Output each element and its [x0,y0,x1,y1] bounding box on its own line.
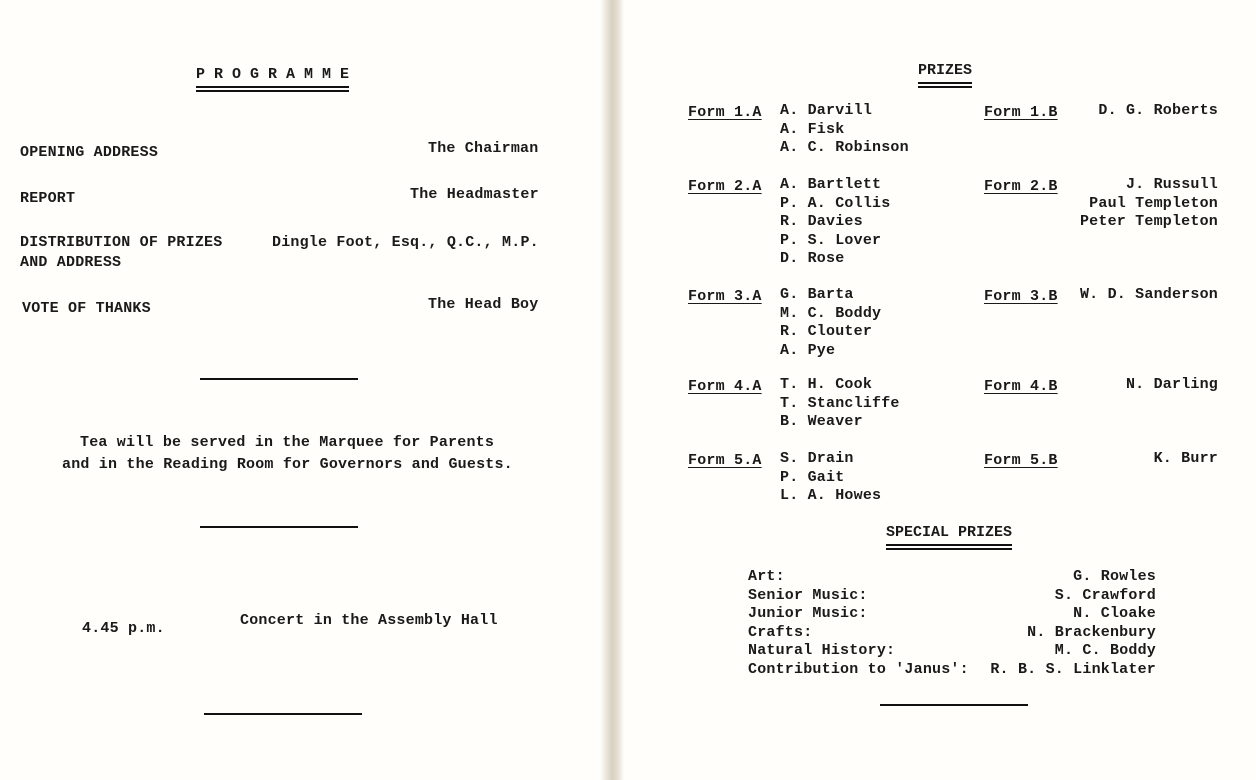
prize-winner: L. A. Howes [780,487,881,504]
form-label: Form 5.B [984,452,1058,469]
prize-winner: A. Fisk [780,121,844,138]
divider [200,378,358,380]
item-label: VOTE OF THANKS [22,300,151,317]
item-label: OPENING ADDRESS [20,144,158,161]
prize-winner: J. Russull [1126,176,1218,193]
prize-winner: Peter Templeton [1080,213,1218,230]
form-label: Form 3.B [984,288,1058,305]
prize-winner: W. D. Sanderson [1080,286,1218,303]
prize-winner: A. Bartlett [780,176,881,193]
prize-winner: K. Burr [1154,450,1218,467]
special-prize-category: Crafts: [748,624,812,641]
form-label: Form 5.A [688,452,762,469]
prize-winner: R. Clouter [780,323,872,340]
item-label-2: AND ADDRESS [20,254,121,271]
prizes-title: PRIZES [918,62,972,88]
form-label: Form 4.B [984,378,1058,395]
special-prize-winner: S. Crawford [1055,587,1156,604]
tea-line-2: and in the Reading Room for Governors an… [62,456,513,473]
prize-winner: P. A. Collis [780,195,890,212]
special-prize-winner: G. Rowles [1073,568,1156,585]
prize-winner: A. C. Robinson [780,139,909,156]
divider [204,713,362,715]
form-label: Form 2.A [688,178,762,195]
prize-winner: T. Stancliffe [780,395,900,412]
prize-winner: D. G. Roberts [1098,102,1218,119]
prize-winner: M. C. Boddy [780,305,881,322]
programme-title: P R O G R A M M E [196,66,349,92]
form-label: Form 1.B [984,104,1058,121]
form-label: Form 3.A [688,288,762,305]
prize-winner: N. Darling [1126,376,1218,393]
prize-winner: B. Weaver [780,413,863,430]
special-prize-winner: M. C. Boddy [1055,642,1156,659]
form-label: Form 4.A [688,378,762,395]
item-who: The Headmaster [410,186,539,203]
prize-winner: A. Pye [780,342,835,359]
prize-winner: R. Davies [780,213,863,230]
concert-text: Concert in the Assembly Hall [240,612,498,629]
prize-winner: P. S. Lover [780,232,881,249]
item-label: REPORT [20,190,75,207]
special-prize-category: Art: [748,568,785,585]
special-prize-category: Natural History: [748,642,895,659]
item-who: The Chairman [428,140,538,157]
prize-winner: Paul Templeton [1089,195,1218,212]
special-prize-category: Junior Music: [748,605,868,622]
divider [880,704,1028,706]
item-who: Dingle Foot, Esq., Q.C., M.P. [272,234,539,251]
divider [200,526,358,528]
tea-line-1: Tea will be served in the Marquee for Pa… [80,434,494,451]
special-prize-category: Contribution to 'Janus': [748,661,969,678]
item-label: DISTRIBUTION OF PRIZES [20,234,222,251]
prize-winner: G. Barta [780,286,854,303]
form-label: Form 2.B [984,178,1058,195]
form-label: Form 1.A [688,104,762,121]
concert-time: 4.45 p.m. [82,620,165,637]
prize-winner: D. Rose [780,250,844,267]
item-who: The Head Boy [428,296,538,313]
prize-winner: S. Drain [780,450,854,467]
prize-winner: A. Darvill [780,102,872,119]
special-prize-winner: N. Cloake [1073,605,1156,622]
special-prize-winner: N. Brackenbury [1027,624,1156,641]
special-prize-category: Senior Music: [748,587,868,604]
special-prize-winner: R. B. S. Linklater [990,661,1156,678]
prize-winner: T. H. Cook [780,376,872,393]
page-fold [600,0,624,780]
special-prizes-title: SPECIAL PRIZES [886,524,1012,550]
prize-winner: P. Gait [780,469,844,486]
